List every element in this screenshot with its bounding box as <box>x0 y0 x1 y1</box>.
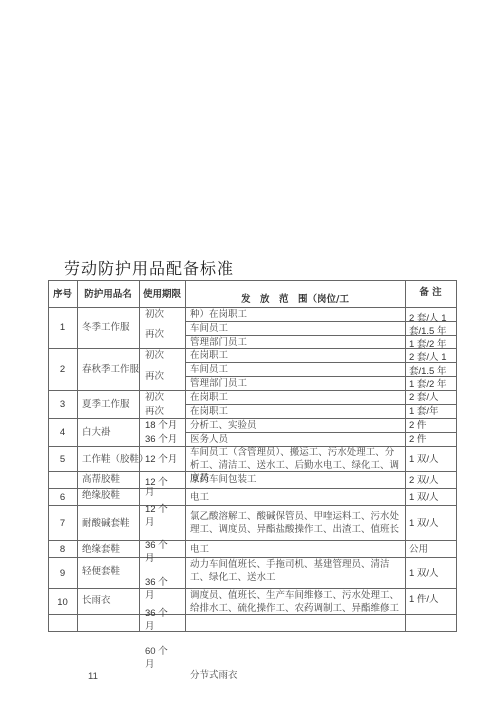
row-2-note-1: 2 套/人 1 <box>409 351 447 364</box>
row-9-item: 轻便套鞋 <box>82 565 120 578</box>
row-10-scope: 调度员、值班长、生产车间维修工、污水处理工、给排水工、硫化操作工、农药调制工、异… <box>190 589 402 615</box>
row-1-scope-2: 车间员工 <box>190 322 228 335</box>
row-2-period-1: 初次 <box>145 349 164 362</box>
row-8-item: 绝缘套鞋 <box>82 543 120 556</box>
row-highboot-item: 高帮胶鞋 <box>82 473 120 486</box>
row-9-period: 36 个 月 <box>145 576 168 602</box>
row-3-item: 夏季工作服 <box>82 398 130 411</box>
row-10-note: 1 件/人 <box>409 593 439 606</box>
row-10-item: 长雨衣 <box>82 594 111 607</box>
row-4-period-1: 18 个月 <box>145 419 177 432</box>
equipment-standard-table: 序号 防护用品名 使用期限 发 放 范 围（岗位/工 备 注 1 冬季工作服 初… <box>48 280 457 632</box>
row-5-note: 1 双/人 <box>409 453 439 466</box>
row-highboot-note: 2 双/人 <box>409 474 439 487</box>
row-6-no: 6 <box>48 491 77 504</box>
row-5-period: 12 个月 <box>145 453 177 466</box>
row-4-note-2: 2 件 <box>409 433 426 446</box>
row-2-note-2: 套/1.5 年 <box>409 365 447 378</box>
row-10-period: 36 个 月 <box>145 607 168 633</box>
row-2-note-3: 1 套/2 年 <box>409 378 447 391</box>
row-5-no: 5 <box>48 453 77 466</box>
row-highboot-scope: 原药车间包装工 <box>190 473 257 486</box>
row-8-note: 公用 <box>409 543 428 556</box>
row-3-no: 3 <box>48 398 77 411</box>
row-8-period: 36 个 月 <box>145 539 168 565</box>
row-3-note-2: 1 套/年 <box>409 405 439 418</box>
row-5-item: 工作鞋（胶鞋） <box>82 453 149 466</box>
row-11-scope: 分节式雨衣 <box>190 669 238 682</box>
row-2-period-2: 再次 <box>145 370 164 383</box>
row-7-no: 7 <box>48 517 77 530</box>
row-7-item: 耐酸碱套鞋 <box>82 517 130 530</box>
row-4-scope-1: 分析工、实验员 <box>190 419 257 432</box>
row-3-period-2: 再次 <box>145 405 164 418</box>
row-11-no: 11 <box>88 670 98 683</box>
row-3-scope-1: 在岗职工 <box>190 391 228 404</box>
row-2-item: 春秋季工作服 <box>82 363 139 376</box>
row-1-no: 1 <box>48 321 77 334</box>
row-3-period-1: 初次 <box>145 391 164 404</box>
row-1-period-2: 再次 <box>145 328 164 341</box>
row-1-note-2: 套/1.5 年 <box>409 325 447 338</box>
row-7-note: 1 双/人 <box>409 517 439 530</box>
row-1-note-3: 1 套/2 年 <box>409 338 447 351</box>
row-11-period: 60 个 月 <box>145 645 168 671</box>
header-scope: 发 放 范 围（岗位/工 <box>185 293 405 306</box>
row-10-no: 10 <box>48 596 77 609</box>
row-8-scope: 电工 <box>190 543 209 556</box>
row-4-no: 4 <box>48 426 77 439</box>
row-4-item: 白大褂 <box>82 426 111 439</box>
row-2-scope-2: 车间员工 <box>190 363 228 376</box>
row-9-note: 1 双/人 <box>409 567 439 580</box>
header-item: 防护用品名 <box>77 288 139 301</box>
row-6-item: 绝缘胶鞋 <box>82 489 120 502</box>
row-9-no: 9 <box>48 567 77 580</box>
row-7-period: 12 个 月 <box>145 503 168 529</box>
row-4-note-1: 2 件 <box>409 419 426 432</box>
header-period: 使用期限 <box>139 288 185 301</box>
row-4-scope-2: 医务人员 <box>190 433 228 446</box>
row-2-scope-3: 管理部门员工 <box>190 377 247 390</box>
row-1-scope-3: 管理部门员工 <box>190 336 247 349</box>
row-3-scope-2: 在岗职工 <box>190 405 228 418</box>
header-no: 序号 <box>48 288 77 301</box>
row-1-item: 冬季工作服 <box>82 321 130 334</box>
row-1-period-1: 初次 <box>145 308 164 321</box>
row-9-scope: 动力车间值班长、手拖司机、基建管理员、清洁工、绿化工、送水工 <box>190 558 402 584</box>
row-2-scope-1: 在岗职工 <box>190 349 228 362</box>
row-4-period-2: 36 个月 <box>145 433 177 446</box>
row-6-note: 1 双/人 <box>409 491 439 504</box>
row-2-no: 2 <box>48 363 77 376</box>
row-3-note-1: 2 套/人 <box>409 391 439 404</box>
row-6-period: 月 <box>145 486 155 499</box>
row-7-scope: 氯乙酸溶解工、酸碱保管员、甲喹运料工、污水处理工、调度员、异酯盐酸操作工、出渣工… <box>190 510 402 536</box>
document-title: 劳动防护用品配备标准 <box>64 256 234 279</box>
row-1-scope-1: 种）在岗职工 <box>190 308 247 321</box>
row-8-no: 8 <box>48 543 77 556</box>
row-1-note-1: 2 套/人 1 <box>409 312 447 325</box>
header-note: 备 注 <box>405 286 456 299</box>
row-6-scope: 电工 <box>190 491 209 504</box>
